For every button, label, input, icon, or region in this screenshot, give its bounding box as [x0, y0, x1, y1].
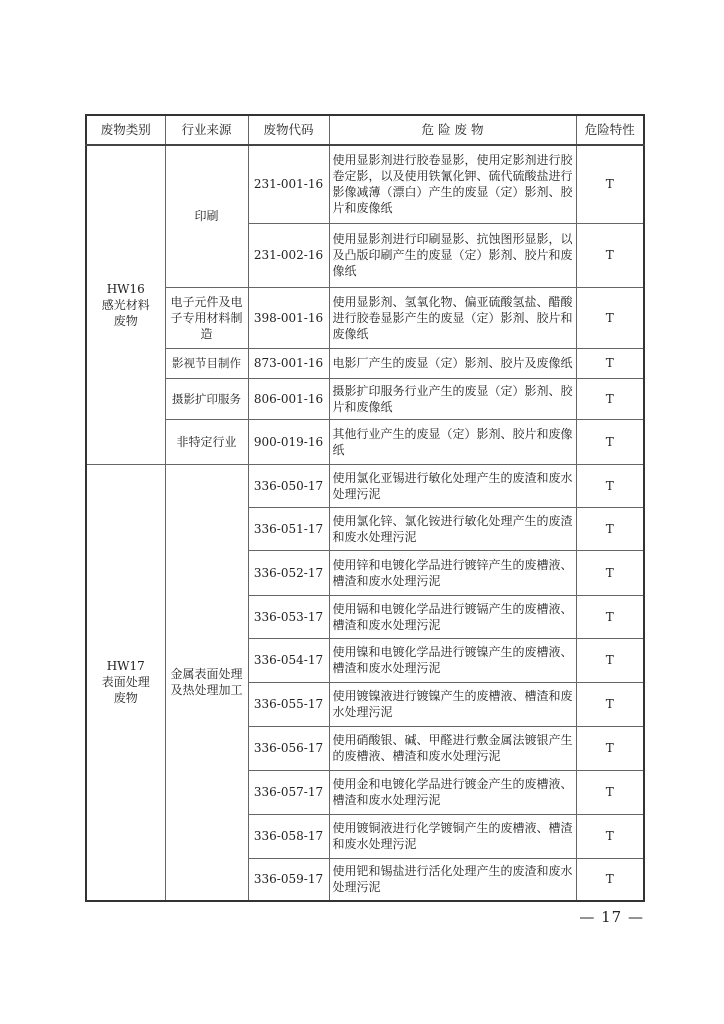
description-cell: 使用镀镍液进行镀镍产生的废槽液、槽渣和废水处理污泥	[329, 682, 576, 726]
code-cell: 231-002-16	[248, 223, 329, 287]
code-cell: 873-001-16	[248, 348, 329, 378]
industry-cell: 金属表面处理及热处理加工	[165, 464, 248, 901]
category-cell: HW17 表面处理废物	[86, 464, 165, 901]
property-cell: T	[576, 464, 644, 507]
description-cell: 电影厂产生的废显（定）影剂、胶片及废像纸	[329, 348, 576, 378]
code-cell: 336-055-17	[248, 682, 329, 726]
description-cell: 使用显影剂进行印刷显影、抗蚀图形显影，以及凸版印刷产生的废显（定）影剂、胶片和废…	[329, 223, 576, 287]
code-cell: 336-053-17	[248, 595, 329, 638]
description-cell: 其他行业产生的废显（定）影剂、胶片和废像纸	[329, 419, 576, 464]
industry-cell: 非特定行业	[165, 419, 248, 464]
code-cell: 336-054-17	[248, 638, 329, 682]
table-row: 影视节目制作 873-001-16 电影厂产生的废显（定）影剂、胶片及废像纸 T	[86, 348, 644, 378]
category-code: HW17	[107, 659, 145, 673]
header-property: 危险特性	[576, 115, 644, 145]
code-cell: 336-050-17	[248, 464, 329, 507]
industry-cell: 印刷	[165, 145, 248, 287]
industry-cell: 摄影扩印服务	[165, 378, 248, 419]
category-cell: HW16 感光材料废物	[86, 145, 165, 464]
category-code: HW16	[107, 282, 145, 296]
description-cell: 使用金和电镀化学品进行镀金产生的废槽液、槽渣和废水处理污泥	[329, 770, 576, 814]
table-row: 电子元件及电子专用材料制造 398-001-16 使用显影剂、氢氧化物、偏亚硫酸…	[86, 287, 644, 348]
category-name: 感光材料废物	[100, 297, 152, 329]
property-cell: T	[576, 682, 644, 726]
property-cell: T	[576, 223, 644, 287]
code-cell: 398-001-16	[248, 287, 329, 348]
table-row: HW16 感光材料废物 印刷 231-001-16 使用显影剂进行胶卷显影，使用…	[86, 145, 644, 223]
description-cell: 使用锌和电镀化学品进行镀锌产生的废槽液、槽渣和废水处理污泥	[329, 550, 576, 595]
code-cell: 900-019-16	[248, 419, 329, 464]
property-cell: T	[576, 419, 644, 464]
header-category: 废物类别	[86, 115, 165, 145]
property-cell: T	[576, 770, 644, 814]
hazardous-waste-table: 废物类别 行业来源 废物代码 危 险 废 物 危险特性 HW16 感光材料废物 …	[85, 114, 645, 902]
header-code: 废物代码	[248, 115, 329, 145]
header-row: 废物类别 行业来源 废物代码 危 险 废 物 危险特性	[86, 115, 644, 145]
code-cell: 336-057-17	[248, 770, 329, 814]
property-cell: T	[576, 858, 644, 901]
property-cell: T	[576, 595, 644, 638]
industry-cell: 影视节目制作	[165, 348, 248, 378]
code-cell: 336-056-17	[248, 726, 329, 770]
table-row: 摄影扩印服务 806-001-16 摄影扩印服务行业产生的废显（定）影剂、胶片和…	[86, 378, 644, 419]
header-industry: 行业来源	[165, 115, 248, 145]
code-cell: 336-052-17	[248, 550, 329, 595]
property-cell: T	[576, 814, 644, 858]
description-cell: 使用显影剂进行胶卷显影，使用定影剂进行胶卷定影，以及使用铁氰化钾、硫代硫酸盐进行…	[329, 145, 576, 223]
property-cell: T	[576, 726, 644, 770]
description-cell: 摄影扩印服务行业产生的废显（定）影剂、胶片和废像纸	[329, 378, 576, 419]
header-waste: 危 险 废 物	[329, 115, 576, 145]
code-cell: 336-051-17	[248, 507, 329, 550]
code-cell: 806-001-16	[248, 378, 329, 419]
code-cell: 336-058-17	[248, 814, 329, 858]
property-cell: T	[576, 287, 644, 348]
description-cell: 使用镀铜液进行化学镀铜产生的废槽液、槽渣和废水处理污泥	[329, 814, 576, 858]
description-cell: 使用氯化亚锡进行敏化处理产生的废渣和废水处理污泥	[329, 464, 576, 507]
description-cell: 使用镍和电镀化学品进行镀镍产生的废槽液、槽渣和废水处理污泥	[329, 638, 576, 682]
table-row: 非特定行业 900-019-16 其他行业产生的废显（定）影剂、胶片和废像纸 T	[86, 419, 644, 464]
description-cell: 使用硝酸银、碱、甲醛进行敷金属法镀银产生的废槽液、槽渣和废水处理污泥	[329, 726, 576, 770]
page-number: — 17 —	[560, 908, 644, 926]
property-cell: T	[576, 348, 644, 378]
category-name: 表面处理废物	[100, 674, 152, 706]
description-cell: 使用镉和电镀化学品进行镀镉产生的废槽液、槽渣和废水处理污泥	[329, 595, 576, 638]
property-cell: T	[576, 145, 644, 223]
code-cell: 231-001-16	[248, 145, 329, 223]
property-cell: T	[576, 550, 644, 595]
property-cell: T	[576, 638, 644, 682]
table-row: HW17 表面处理废物 金属表面处理及热处理加工 336-050-17 使用氯化…	[86, 464, 644, 507]
industry-cell: 电子元件及电子专用材料制造	[165, 287, 248, 348]
code-cell: 336-059-17	[248, 858, 329, 901]
description-cell: 使用钯和锡盐进行活化处理产生的废渣和废水处理污泥	[329, 858, 576, 901]
property-cell: T	[576, 507, 644, 550]
description-cell: 使用氯化锌、氯化铵进行敏化处理产生的废渣和废水处理污泥	[329, 507, 576, 550]
property-cell: T	[576, 378, 644, 419]
description-cell: 使用显影剂、氢氧化物、偏亚硫酸氢盐、醋酸进行胶卷显影产生的废显（定）影剂、胶片和…	[329, 287, 576, 348]
